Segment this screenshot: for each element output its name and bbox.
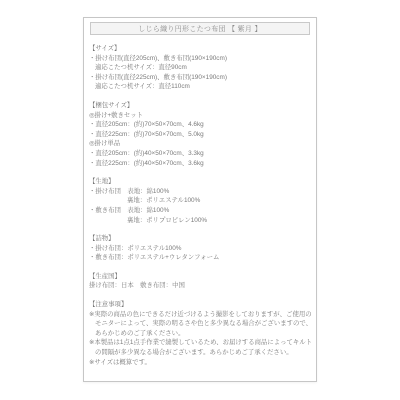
spec-line: モニターによって、実際の明るさや色と多少異なる場合がございますので、 bbox=[89, 319, 313, 329]
spec-line: ・直径205cm：(約)70×50×70cm、4.6kg bbox=[89, 120, 313, 130]
spec-line: あらかじめのご了承ください。 bbox=[89, 329, 313, 339]
spec-line: ・掛け布団：ポリエステル100% bbox=[89, 244, 313, 254]
spec-line: ・掛け布団(直径225cm)、敷き布団(190×190cm) bbox=[89, 73, 313, 83]
spec-line: ・掛け布団(直径205cm)、敷き布団(190×190cm) bbox=[89, 54, 313, 64]
spec-line: ◎掛け+敷きセット bbox=[89, 111, 313, 121]
spec-line: ※サイズは概算です。 bbox=[89, 358, 313, 368]
spec-sheet-titlebar: しじら織り円形こたつ布団 【 紫月 】 bbox=[90, 22, 310, 35]
spec-line: ・直径225cm：(約)40×50×70cm、3.6kg bbox=[89, 159, 313, 169]
spec-line: ※実際の商品の色にできるだけ近づけるよう撮影をしておりますが、ご使用の bbox=[89, 310, 313, 320]
spec-line: ◎掛け単品 bbox=[89, 139, 313, 149]
page-canvas: { "page": { "title": "しじら織り円形こたつ布団 【 紫月 … bbox=[0, 0, 400, 400]
spec-section: 【生地】・掛け布団 表地：綿100%裏地：ポリエステル100%・敷き布団 表地：… bbox=[89, 177, 313, 225]
spec-line: ・敷き布団 表地：綿100% bbox=[89, 206, 313, 216]
section-heading: 【注意事項】 bbox=[89, 300, 313, 310]
spec-line: 適応こたつ机サイズ：直径90cm bbox=[89, 63, 313, 73]
spec-body: 【サイズ】・掛け布団(直径205cm)、敷き布団(190×190cm)適応こたつ… bbox=[84, 35, 316, 373]
spec-line: 掛け布団：日本 敷き布団：中国 bbox=[89, 281, 313, 291]
spec-line: ※本製品は1点1点手作業で縫製しているため、お届けする商品によってキルト bbox=[89, 338, 313, 348]
spec-section: 【詰物】・掛け布団：ポリエステル100%・敷き布団：ポリエステル+ウレタンフォー… bbox=[89, 234, 313, 263]
spec-line: ・直径225cm：(約)70×50×70cm、5.0kg bbox=[89, 130, 313, 140]
spec-section: 【梱包サイズ】◎掛け+敷きセット・直径205cm：(約)70×50×70cm、4… bbox=[89, 101, 313, 168]
spec-line: ・掛け布団 表地：綿100% bbox=[89, 187, 313, 197]
spec-line: ・敷き布団：ポリエステル+ウレタンフォーム bbox=[89, 253, 313, 263]
spec-line: 裏地：ポリエステル100% bbox=[89, 196, 313, 206]
spec-section: 【生産国】掛け布団：日本 敷き布団：中国 bbox=[89, 272, 313, 291]
spec-section: 【注意事項】※実際の商品の色にできるだけ近づけるよう撮影をしておりますが、ご使用… bbox=[89, 300, 313, 367]
spec-line: 裏地：ポリプロピレン100% bbox=[89, 216, 313, 226]
spec-line: の間隔が多少異なる場合がございます。あらかじめご了承ください。 bbox=[89, 348, 313, 358]
product-title: しじら織り円形こたつ布団 【 紫月 】 bbox=[138, 24, 262, 34]
spec-section: 【サイズ】・掛け布団(直径205cm)、敷き布団(190×190cm)適応こたつ… bbox=[89, 44, 313, 92]
spec-sheet-frame: しじら織り円形こたつ布団 【 紫月 】 【サイズ】・掛け布団(直径205cm)、… bbox=[83, 17, 317, 382]
section-heading: 【詰物】 bbox=[89, 234, 313, 244]
section-heading: 【生産国】 bbox=[89, 272, 313, 282]
section-heading: 【サイズ】 bbox=[89, 44, 313, 54]
spec-line: 適応こたつ机サイズ：直径110cm bbox=[89, 82, 313, 92]
section-heading: 【梱包サイズ】 bbox=[89, 101, 313, 111]
section-heading: 【生地】 bbox=[89, 177, 313, 187]
spec-line: ・直径205cm：(約)40×50×70cm、3.3kg bbox=[89, 149, 313, 159]
